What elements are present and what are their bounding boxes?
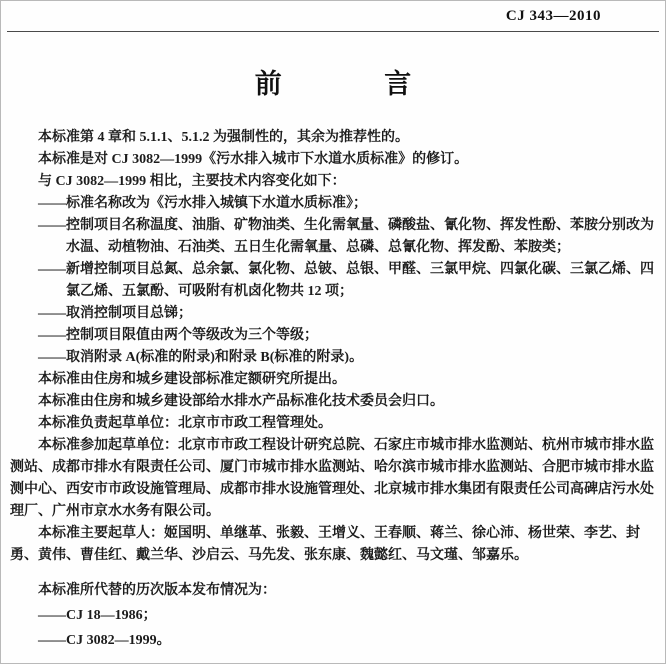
page-title: 前 言: [1, 62, 665, 101]
paragraph-proposed-by: 本标准由住房和城乡建设部标准定额研究所提出。: [10, 369, 656, 391]
paragraph-mandatory-clauses: 本标准第 4 章和 5.1.1、5.1.2 为强制性的，其余为推荐性的。: [10, 127, 656, 149]
paragraph-previous-editions-intro: 本标准所代替的历次版本发布情况为：: [10, 580, 656, 602]
change-item: ——控制项目限值由两个等级改为三个等级；: [10, 325, 656, 347]
change-item: ——取消附录 A(标准的附录)和附录 B(标准的附录)。: [10, 347, 656, 369]
change-item: ——取消控制项目总锑；: [10, 303, 656, 325]
standard-number: CJ 343—2010: [506, 8, 601, 24]
change-item: ——标准名称改为《污水排入城镇下水道水质标准》；: [10, 193, 656, 215]
paragraph-participating-orgs: 本标准参加起草单位：北京市市政工程设计研究总院、石家庄市城市排水监测站、杭州市城…: [10, 435, 656, 523]
paragraph-revision-note: 本标准是对 CJ 3082—1999《污水排入城市下水道水质标准》的修订。: [10, 149, 656, 171]
paragraph-changes-intro: 与 CJ 3082—1999 相比，主要技术内容变化如下：: [10, 171, 656, 193]
document-page: CJ 343—2010 前 言 本标准第 4 章和 5.1.1、5.1.2 为强…: [0, 0, 666, 664]
paragraph-chief-drafters: 本标准主要起草人：姬国明、单继革、张毅、王增义、王春顺、蒋兰、徐心沛、杨世荣、李…: [10, 523, 656, 567]
change-item: ——新增控制项目总氮、总余氯、氯化物、总铍、总银、甲醛、三氯甲烷、四氯化碳、三氯…: [10, 259, 656, 303]
header-rule: [7, 31, 659, 32]
change-item: ——控制项目名称温度、油脂、矿物油类、生化需氧量、磷酸盐、氰化物、挥发性酚、苯胺…: [10, 215, 656, 259]
previous-edition-item: ——CJ 18—1986；: [10, 605, 656, 627]
previous-edition-item: ——CJ 3082—1999。: [10, 630, 656, 652]
foreword-body: 本标准第 4 章和 5.1.1、5.1.2 为强制性的，其余为推荐性的。 本标准…: [10, 127, 656, 652]
paragraph-chief-drafting-org: 本标准负责起草单位：北京市市政工程管理处。: [10, 413, 656, 435]
paragraph-centralized-by: 本标准由住房和城乡建设部给水排水产品标准化技术委员会归口。: [10, 391, 656, 413]
page-header: CJ 343—2010: [1, 1, 665, 25]
